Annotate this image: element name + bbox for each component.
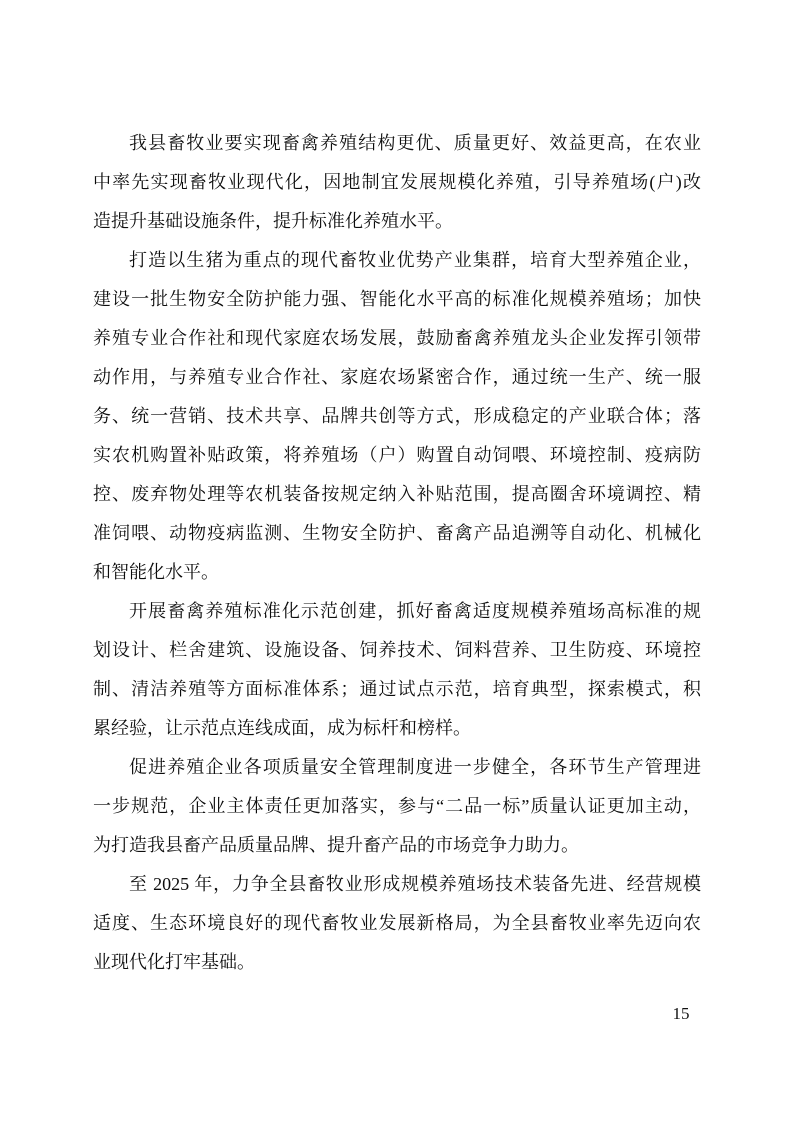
text-line: 为打造我县畜产品质量品牌、提升畜产品的市场竞争力助力。 — [93, 826, 701, 865]
text-line: 建设一批生物安全防护能力强、智能化水平高的标准化规模养殖场；加快 — [93, 280, 701, 319]
text-line: 准饲喂、动物疫病监测、生物安全防护、畜禽产品追溯等自动化、机械化 — [93, 514, 701, 553]
text-line: 养殖专业合作社和现代家庭农场发展，鼓励畜禽养殖龙头企业发挥引领带 — [93, 319, 701, 358]
text-line: 适度、生态环境良好的现代畜牧业发展新格局，为全县畜牧业率先迈向农 — [93, 904, 701, 943]
text-line: 制、清洁养殖等方面标准体系；通过试点示范，培育典型，探索模式，积 — [93, 670, 701, 709]
text-line: 一步规范，企业主体责任更加落实，参与“二品一标”质量认证更加主动， — [93, 787, 701, 826]
text-line: 动作用，与养殖专业合作社、家庭农场紧密合作，通过统一生产、统一服 — [93, 358, 701, 397]
text-line: 务、统一营销、技术共享、品牌共创等方式，形成稳定的产业联合体；落 — [93, 397, 701, 436]
text-line: 中率先实现畜牧业现代化，因地制宜发展规模化养殖，引导养殖场(户)改 — [93, 163, 701, 202]
document-page: 我县畜牧业要实现畜禽养殖结构更优、质量更好、效益更高，在农业 中率先实现畜牧业现… — [0, 0, 793, 1122]
text-line: 造提升基础设施条件，提升标准化养殖水平。 — [93, 202, 701, 241]
text-line: 和智能化水平。 — [93, 553, 701, 592]
text-line: 开展畜禽养殖标准化示范创建，抓好畜禽适度规模养殖场高标准的规 — [93, 592, 701, 631]
text-line: 我县畜牧业要实现畜禽养殖结构更优、质量更好、效益更高，在农业 — [93, 124, 701, 163]
paragraph-3: 开展畜禽养殖标准化示范创建，抓好畜禽适度规模养殖场高标准的规 划设计、栏舍建筑、… — [93, 592, 701, 748]
page-number: 15 — [658, 1001, 704, 1027]
paragraph-1: 我县畜牧业要实现畜禽养殖结构更优、质量更好、效益更高，在农业 中率先实现畜牧业现… — [93, 124, 701, 241]
document-body: 我县畜牧业要实现畜禽养殖结构更优、质量更好、效益更高，在农业 中率先实现畜牧业现… — [93, 124, 701, 982]
text-line: 促进养殖企业各项质量安全管理制度进一步健全，各环节生产管理进 — [93, 748, 701, 787]
text-line: 至 2025 年，力争全县畜牧业形成规模养殖场技术装备先进、经营规模 — [93, 865, 701, 904]
text-line: 打造以生猪为重点的现代畜牧业优势产业集群，培育大型养殖企业， — [93, 241, 701, 280]
paragraph-2: 打造以生猪为重点的现代畜牧业优势产业集群，培育大型养殖企业， 建设一批生物安全防… — [93, 241, 701, 592]
text-line: 累经验，让示范点连线成面，成为标杆和榜样。 — [93, 709, 701, 748]
text-line: 控、废弃物处理等农机装备按规定纳入补贴范围，提高圈舍环境调控、精 — [93, 475, 701, 514]
text-line: 划设计、栏舍建筑、设施设备、饲养技术、饲料营养、卫生防疫、环境控 — [93, 631, 701, 670]
text-line: 业现代化打牢基础。 — [93, 943, 701, 982]
paragraph-5: 至 2025 年，力争全县畜牧业形成规模养殖场技术装备先进、经营规模 适度、生态… — [93, 865, 701, 982]
text-line: 实农机购置补贴政策，将养殖场（户）购置自动饲喂、环境控制、疫病防 — [93, 436, 701, 475]
paragraph-4: 促进养殖企业各项质量安全管理制度进一步健全，各环节生产管理进 一步规范，企业主体… — [93, 748, 701, 865]
